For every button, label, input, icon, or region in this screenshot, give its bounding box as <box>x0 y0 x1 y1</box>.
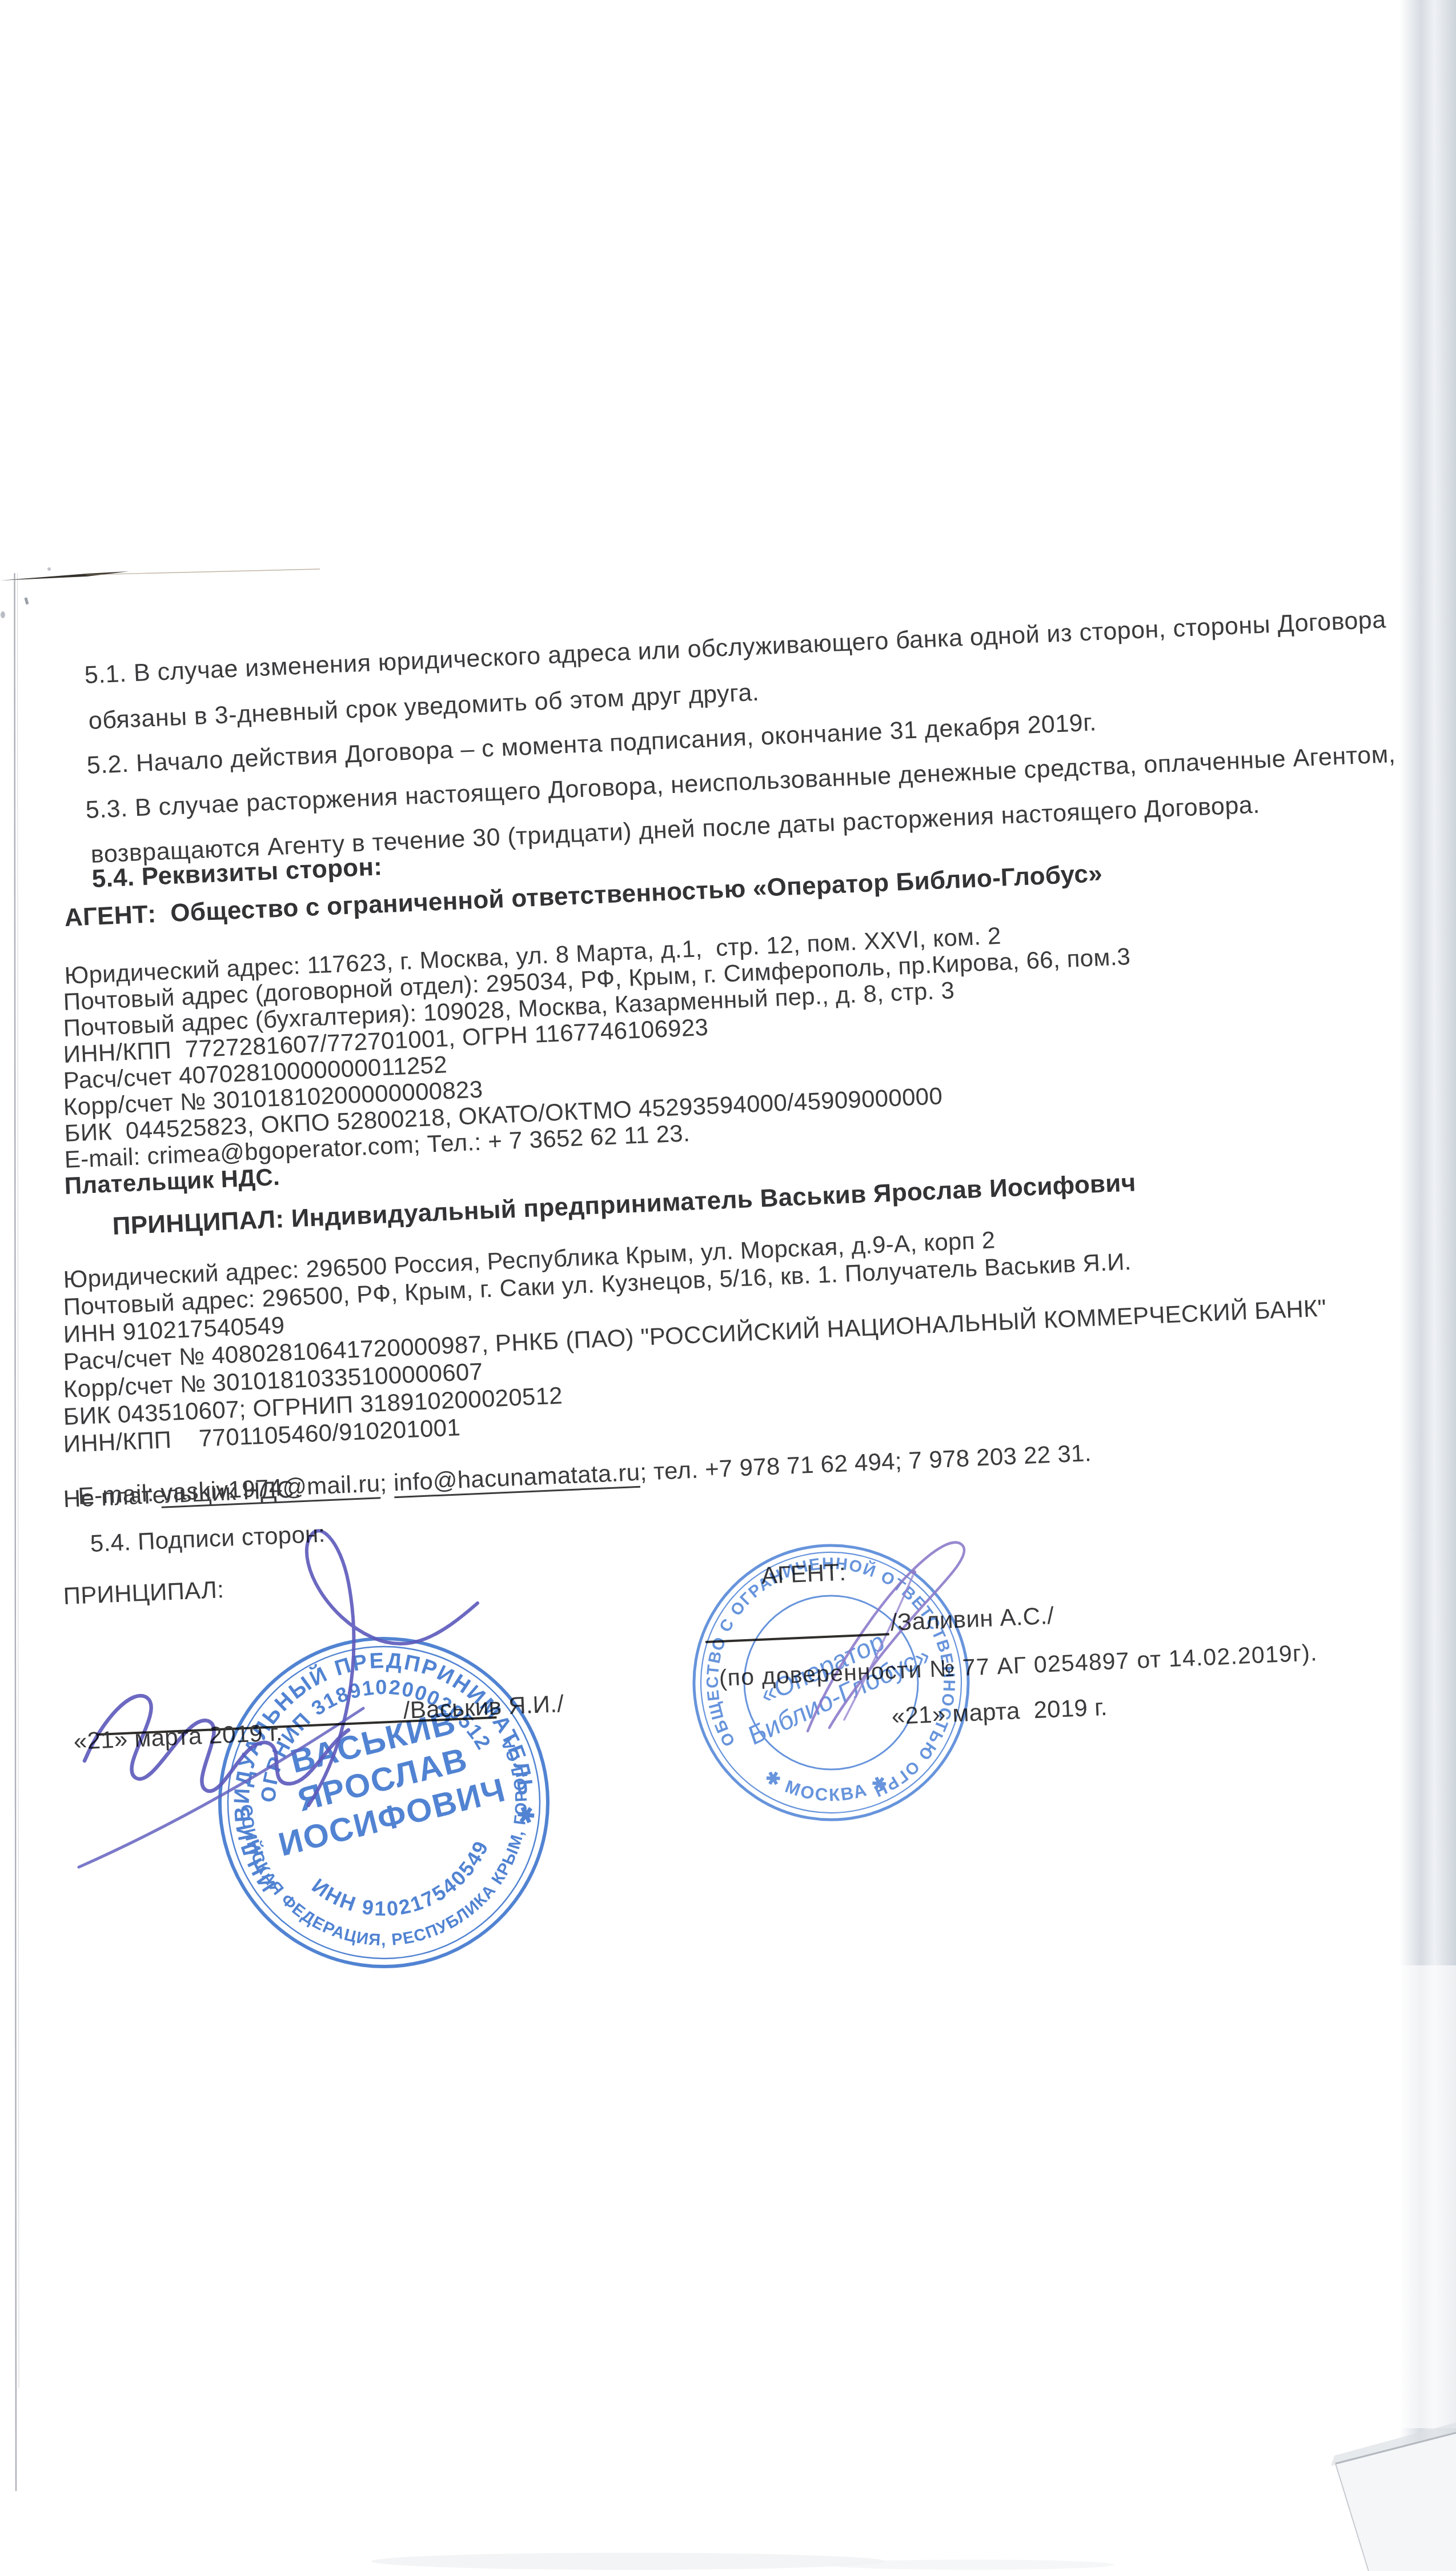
scan-speck <box>1 611 5 618</box>
ink-overlay: ИНДИВИДУАЛЬНЫЙ ПРЕДПРИНИМАТЕЛЬ ✱ ОГРНИП … <box>0 0 1456 2571</box>
scan-artifacts <box>0 567 320 2491</box>
scan-line-vertical <box>15 573 17 2491</box>
scan-speck <box>25 597 29 604</box>
scan-line-vertical-2 <box>18 573 19 2388</box>
scan-line-horizontal <box>0 571 129 580</box>
agent-signature-dot <box>912 1570 916 1575</box>
scan-speck <box>47 567 51 571</box>
principal-stamp: ИНДИВИДУАЛЬНЫЙ ПРЕДПРИНИМАТЕЛЬ ✱ ОГРНИП … <box>185 1604 583 2001</box>
scanned-contract-page: { "document": { "clauses": [ "5.1. В слу… <box>0 0 1456 2571</box>
